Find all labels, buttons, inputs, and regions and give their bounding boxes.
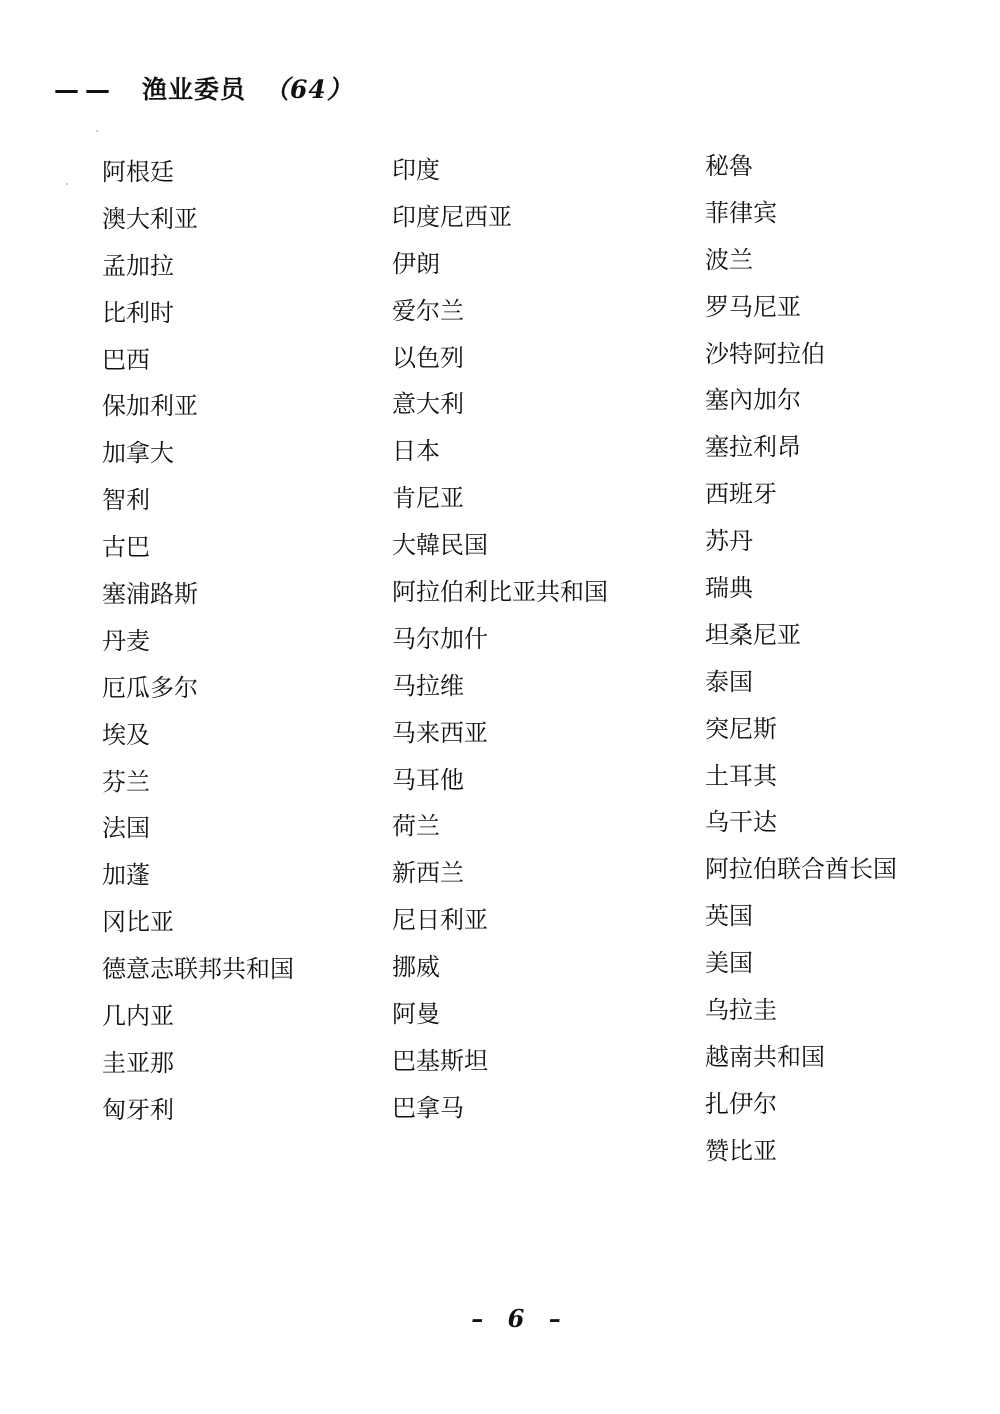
country-item: 英国 <box>705 896 897 943</box>
country-item: 秘魯 <box>705 146 897 193</box>
country-column-1: 阿根廷 澳大利亚 孟加拉 比利时 巴西 保加利亚 加拿大 智利 古巴 塞浦路斯 … <box>102 152 294 1137</box>
country-item: 丹麦 <box>102 621 294 668</box>
country-item: 孟加拉 <box>102 246 294 293</box>
country-item: 乌拉圭 <box>705 990 897 1037</box>
section-heading: ——渔业委员（64） <box>54 70 353 106</box>
scan-speck <box>66 183 68 185</box>
country-item: 新西兰 <box>392 853 608 900</box>
country-item: 马来西亚 <box>392 713 608 760</box>
country-item: 阿拉伯联合酋长国 <box>705 849 897 896</box>
country-item: 越南共和国 <box>705 1037 897 1084</box>
country-column-3: 秘魯 菲律宾 波兰 罗马尼亚 沙特阿拉伯 塞內加尔 塞拉利昂 西班牙 苏丹 瑞典… <box>705 146 897 1178</box>
country-item: 匈牙利 <box>102 1090 294 1137</box>
country-item: 尼日利亚 <box>392 900 608 947</box>
country-item: 巴西 <box>102 340 294 387</box>
scan-speck <box>96 130 98 132</box>
country-item: 西班牙 <box>705 474 897 521</box>
country-item: 马拉维 <box>392 666 608 713</box>
country-item: 澳大利亚 <box>102 199 294 246</box>
country-item: 德意志联邦共和国 <box>102 949 294 996</box>
country-item: 比利时 <box>102 293 294 340</box>
country-item: 挪威 <box>392 947 608 994</box>
country-item: 塞浦路斯 <box>102 574 294 621</box>
country-item: 荷兰 <box>392 806 608 853</box>
country-item: 保加利亚 <box>102 386 294 433</box>
country-item: 坦桑尼亚 <box>705 615 897 662</box>
country-item: 加蓬 <box>102 855 294 902</box>
country-item: 以色列 <box>392 338 608 385</box>
country-item: 印度尼西亚 <box>392 197 608 244</box>
country-item: 巴拿马 <box>392 1088 608 1135</box>
country-item: 爱尔兰 <box>392 291 608 338</box>
country-item: 扎伊尔 <box>705 1084 897 1131</box>
country-item: 波兰 <box>705 240 897 287</box>
country-item: 突尼斯 <box>705 709 897 756</box>
country-item: 巴基斯坦 <box>392 1041 608 1088</box>
country-item: 智利 <box>102 480 294 527</box>
country-item: 泰国 <box>705 662 897 709</box>
country-item: 沙特阿拉伯 <box>705 334 897 381</box>
country-item: 瑞典 <box>705 568 897 615</box>
country-item: 埃及 <box>102 715 294 762</box>
country-item: 大韓民国 <box>392 525 608 572</box>
country-item: 美国 <box>705 943 897 990</box>
country-item: 赞比亚 <box>705 1131 897 1178</box>
country-item: 阿拉伯利比亚共和国 <box>392 572 608 619</box>
country-column-2: 印度 印度尼西亚 伊朗 爱尔兰 以色列 意大利 日本 肯尼亚 大韓民国 阿拉伯利… <box>392 150 608 1135</box>
country-item: 苏丹 <box>705 521 897 568</box>
country-item: 罗马尼亚 <box>705 287 897 334</box>
country-item: 阿曼 <box>392 994 608 1041</box>
country-item: 日本 <box>392 431 608 478</box>
heading-dash: —— <box>54 75 116 104</box>
country-item: 塞拉利昂 <box>705 427 897 474</box>
country-item: 意大利 <box>392 384 608 431</box>
country-item: 芬兰 <box>102 762 294 809</box>
member-count: （64） <box>264 75 353 104</box>
country-item: 塞內加尔 <box>705 380 897 427</box>
country-item: 肯尼亚 <box>392 478 608 525</box>
country-item: 阿根廷 <box>102 152 294 199</box>
page-number: – 6 – <box>0 1304 1000 1333</box>
country-item: 马尔加什 <box>392 619 608 666</box>
country-item: 法国 <box>102 808 294 855</box>
country-item: 圭亚那 <box>102 1043 294 1090</box>
country-item: 伊朗 <box>392 244 608 291</box>
heading-title: 渔业委员 <box>142 75 246 104</box>
country-item: 冈比亚 <box>102 902 294 949</box>
country-item: 马耳他 <box>392 760 608 807</box>
country-item: 土耳其 <box>705 756 897 803</box>
country-item: 几内亚 <box>102 996 294 1043</box>
country-item: 印度 <box>392 150 608 197</box>
country-item: 古巴 <box>102 527 294 574</box>
country-item: 菲律宾 <box>705 193 897 240</box>
country-item: 加拿大 <box>102 433 294 480</box>
country-item: 乌干达 <box>705 802 897 849</box>
country-item: 厄瓜多尔 <box>102 668 294 715</box>
